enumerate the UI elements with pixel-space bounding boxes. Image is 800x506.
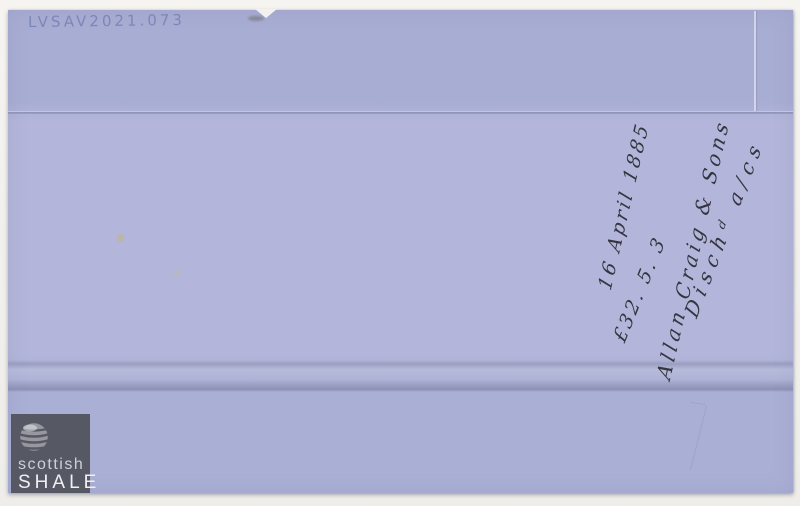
- fold-crease-top: [8, 111, 793, 114]
- flap-fold-edge: [754, 11, 756, 111]
- scanned-letter-photo: LVSAV2021.073 Dischᵈ a/cs Allan Craig & …: [0, 0, 800, 506]
- watermark-shale: SHALE: [18, 472, 100, 494]
- globe-icon: [18, 421, 50, 453]
- paper-tear-notch: [255, 9, 277, 18]
- letter-paper: LVSAV2021.073 Dischᵈ a/cs Allan Craig & …: [8, 10, 793, 493]
- paper-stain: [174, 270, 180, 276]
- paper-scratch: [690, 406, 707, 470]
- paper-stain: [117, 234, 124, 242]
- scottish-shale-watermark: scottish SHALE: [11, 414, 90, 493]
- catalog-number: LVSAV2021.073: [28, 11, 185, 31]
- paper-scratch: [690, 402, 706, 405]
